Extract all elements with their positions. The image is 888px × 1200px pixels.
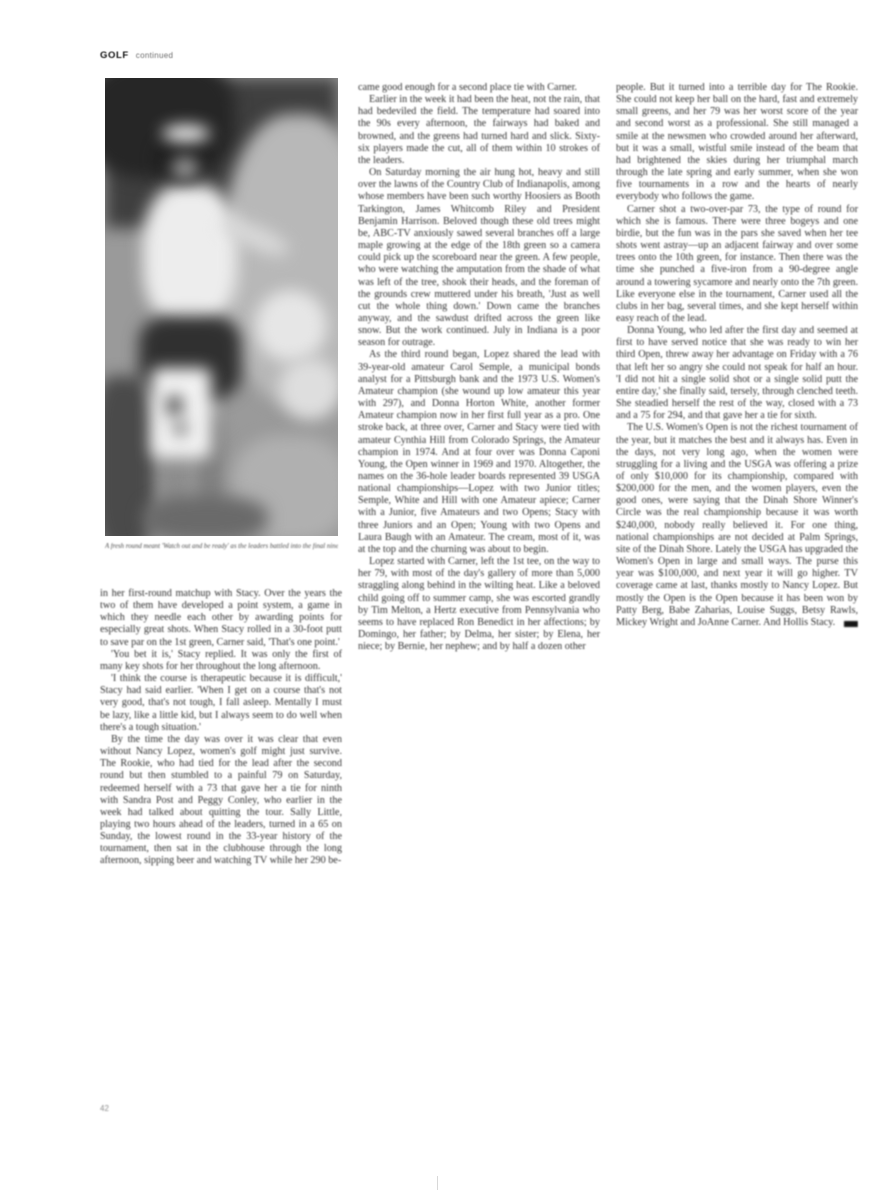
paragraph: in her first-round matchup with Stacy. O…: [100, 588, 342, 649]
golfer-face: [171, 156, 199, 181]
towel-marking: [175, 422, 186, 435]
photo-caption: A fresh round meant 'Watch out and be re…: [105, 543, 338, 555]
paragraph: Lopez started with Carner, left the 1st …: [358, 556, 600, 653]
continued-label: continued: [136, 51, 173, 60]
paragraph: As the third round began, Lopez shared t…: [358, 349, 600, 556]
golfer-photo: [105, 78, 338, 536]
paragraph: Carner shot a two-over-par 73, the type …: [616, 204, 858, 326]
magazine-page: GOLFcontinued A fresh round meant 'Watch…: [0, 0, 888, 1200]
photo-highlight-blob: [279, 358, 338, 420]
photo-ground-shadow: [143, 496, 268, 536]
paragraph: The U.S. Women's Open is not the richest…: [616, 422, 858, 629]
paragraph: By the time the day was over it was clea…: [100, 734, 342, 868]
article-column-2: came good enough for a second place tie …: [358, 82, 600, 1078]
article-column-3: people. But it turned into a terrible da…: [616, 82, 858, 1078]
paragraph: Donna Young, who led after the first day…: [616, 325, 858, 422]
photo-highlight-blob: [255, 290, 327, 362]
towel-marking: [167, 396, 182, 415]
golfer-blouse: [143, 184, 237, 326]
page-number: 42: [100, 1104, 109, 1113]
article-column-1: in her first-round matchup with Stacy. O…: [100, 588, 342, 1080]
paragraph: Earlier in the week it had been the heat…: [358, 94, 600, 167]
end-of-article-icon: [844, 621, 858, 627]
paragraph: came good enough for a second place tie …: [358, 82, 600, 94]
paragraph: people. But it turned into a terrible da…: [616, 82, 858, 204]
caddie-towel: [151, 368, 211, 458]
section-title: GOLF: [100, 50, 129, 61]
golfer-visor: [162, 125, 210, 142]
paragraph: 'I think the course is therapeutic becau…: [100, 673, 342, 734]
paragraph: 'You bet it is,' Stacy replied. It was o…: [100, 649, 342, 673]
running-header: GOLFcontinued: [100, 45, 173, 63]
fold-mark: [437, 1176, 438, 1190]
paragraph: On Saturday morning the air hung hot, he…: [358, 167, 600, 349]
